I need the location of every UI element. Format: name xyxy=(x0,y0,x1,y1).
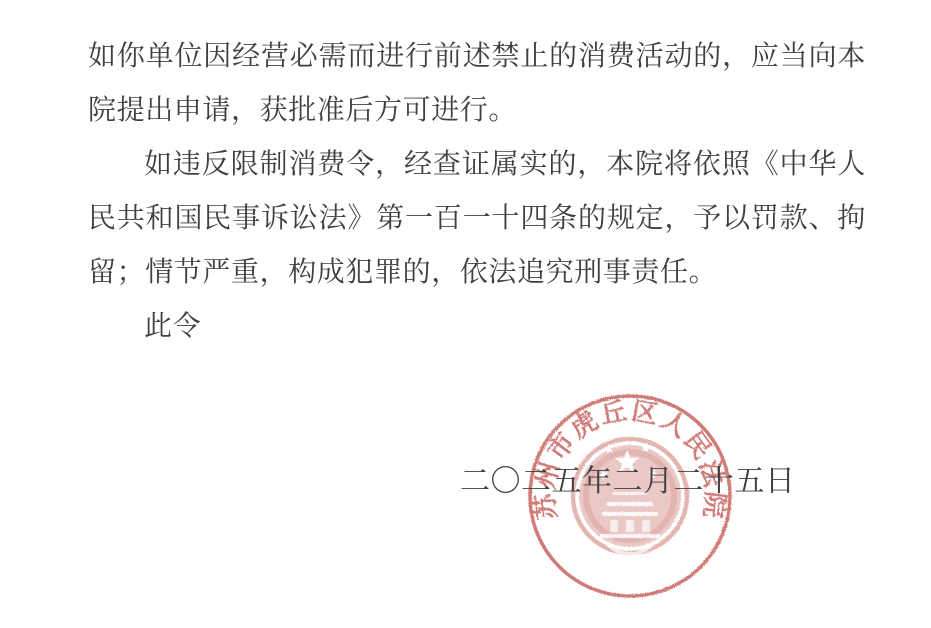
paragraph-continuation: 如你单位因经营必需而进行前述禁止的消费活动的，应当向本院提出申请，获批准后方可进… xyxy=(88,30,866,138)
document-page: 如你单位因经营必需而进行前述禁止的消费活动的，应当向本院提出申请，获批准后方可进… xyxy=(0,0,931,628)
document-body: 如你单位因经营必需而进行前述禁止的消费活动的，应当向本院提出申请，获批准后方可进… xyxy=(88,30,866,354)
paragraph-decree: 此令 xyxy=(88,300,866,354)
document-date: 二〇二五年二月二十五日 xyxy=(460,462,796,502)
paragraph-penalty-clause: 如违反限制消费令，经查证属实的，本院将依照《中华人民共和国民事诉讼法》第一百一十… xyxy=(88,138,866,300)
